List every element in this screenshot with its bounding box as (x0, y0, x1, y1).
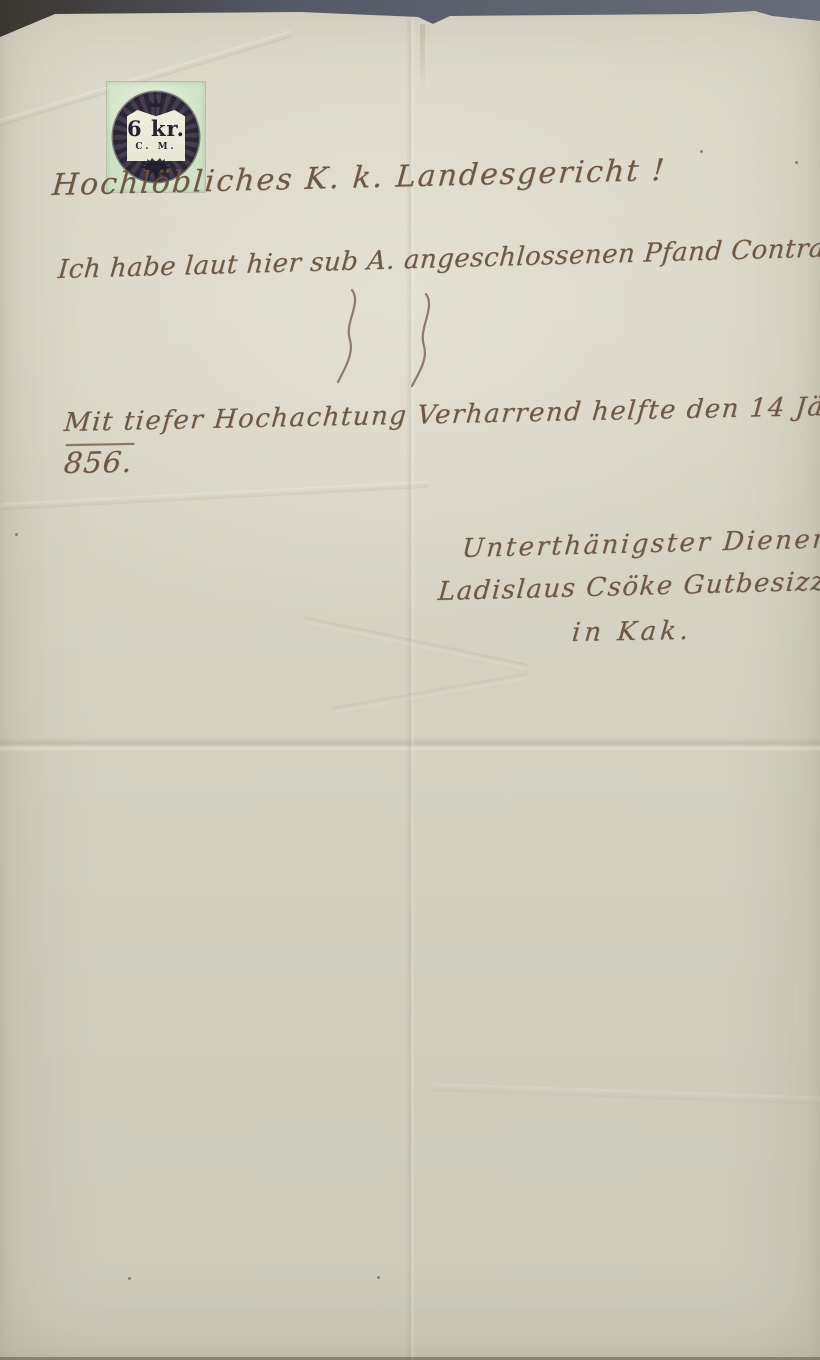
crown-icon (149, 98, 163, 107)
horizontal-fold (0, 738, 820, 752)
stamp-value: 6 kr. (127, 118, 185, 139)
crumple-crease-a (302, 616, 528, 670)
handwritten-year: 856. (63, 445, 135, 480)
handwritten-closing-line: Mit tiefer Hochachtung Verharrend helfte… (63, 391, 820, 438)
document-paper: 6 kr. C. M. Hochlöbliches K. k. Landesge… (0, 0, 820, 1360)
crease-top-notch (420, 24, 425, 94)
ink-speck (377, 1276, 380, 1279)
handwritten-signoff-line1: Unterthänigster Diener (461, 524, 820, 564)
ink-speck (700, 150, 703, 153)
handwritten-brace-strokes (330, 282, 450, 392)
vertical-fold (406, 20, 415, 1360)
handwritten-signature: Ladislaus Csöke Gutbesizzer (437, 566, 820, 607)
crease-middle-left (0, 481, 430, 510)
handwritten-body-line: Ich habe laut hier sub A. angeschlossene… (57, 231, 820, 285)
handwritten-place: in Kak. (571, 616, 694, 648)
crease-bottom-right (430, 1083, 820, 1105)
stamp-currency: C. M. (127, 142, 185, 152)
ink-speck (128, 1277, 131, 1280)
ink-speck (795, 161, 798, 164)
crumple-crease-b (331, 673, 529, 714)
photo-backdrop: 6 kr. C. M. Hochlöbliches K. k. Landesge… (0, 0, 820, 1360)
ink-speck (15, 533, 18, 536)
stamp-value-panel: 6 kr. C. M. (127, 109, 185, 161)
